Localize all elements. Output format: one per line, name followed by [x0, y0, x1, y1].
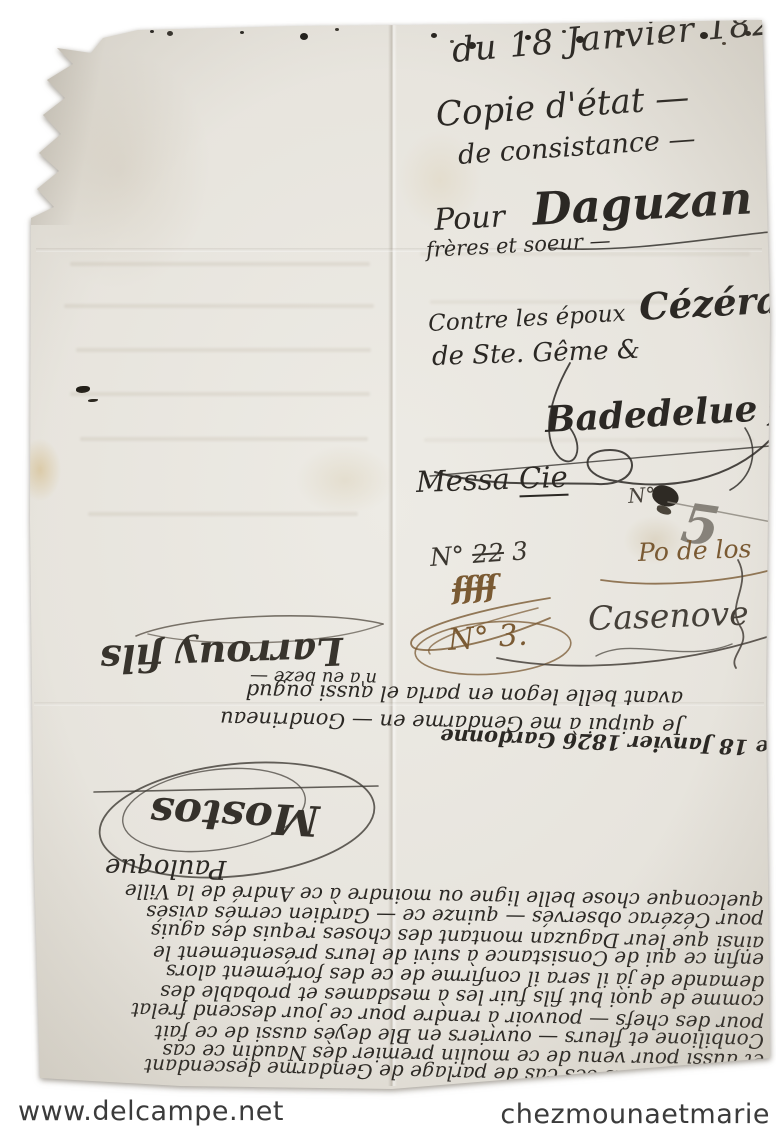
firm-line: Messa Cie: [415, 463, 568, 497]
showthrough-line: [88, 512, 358, 516]
ink-specks: [150, 30, 154, 33]
number-label: N°: [627, 484, 656, 506]
pour-label: Pour: [433, 199, 505, 238]
no2-label: N°: [429, 540, 473, 572]
contre-label: Contre les époux: [428, 301, 627, 337]
doc-title-line-2: de consistance —: [457, 125, 696, 169]
no2-after: 3: [503, 536, 529, 567]
scanned-document: du 18 Janvier 1826. Copie d'état — de co…: [0, 0, 776, 1131]
contre-line: Contre les épouxCézérac: [427, 280, 776, 337]
doc-title-line-1: Copie d'état —: [435, 80, 690, 132]
date-line: du 18 Janvier 1826.: [451, 3, 776, 68]
showthrough-line: [64, 304, 374, 308]
showthrough-line: [80, 437, 368, 441]
watermark-seller: chezmounaetmarie: [500, 1099, 770, 1130]
showthrough-line: [76, 348, 371, 352]
underline-flourish: [545, 226, 775, 256]
pencil-stroke: [664, 498, 776, 528]
no2-crossed: 22: [471, 538, 505, 569]
paper-sheet: du 18 Janvier 1826. Copie d'état — de co…: [0, 0, 776, 1131]
flipped-signature-large: Mostos: [149, 791, 320, 842]
firm-prefix: Messa: [415, 461, 519, 499]
flipped-date-line: le 18 Janvier 1826 Gardonne: [440, 726, 776, 759]
flipped-signature-sub: Pauloque: [105, 854, 227, 882]
contre-name: Cézérac: [638, 276, 776, 328]
number-crossed-line: N° 22 3: [429, 538, 529, 570]
paraph-squiggle: [716, 556, 758, 674]
watermark-delcampe: www.delcampe.net: [18, 1096, 284, 1127]
showthrough-line: [70, 392, 370, 396]
torn-corner-shading: [28, 30, 123, 225]
paper-surface: du 18 Janvier 1826. Copie d'état — de co…: [0, 0, 776, 1131]
showthrough-line: [70, 262, 370, 266]
firm-suffix: Cie: [518, 460, 568, 498]
